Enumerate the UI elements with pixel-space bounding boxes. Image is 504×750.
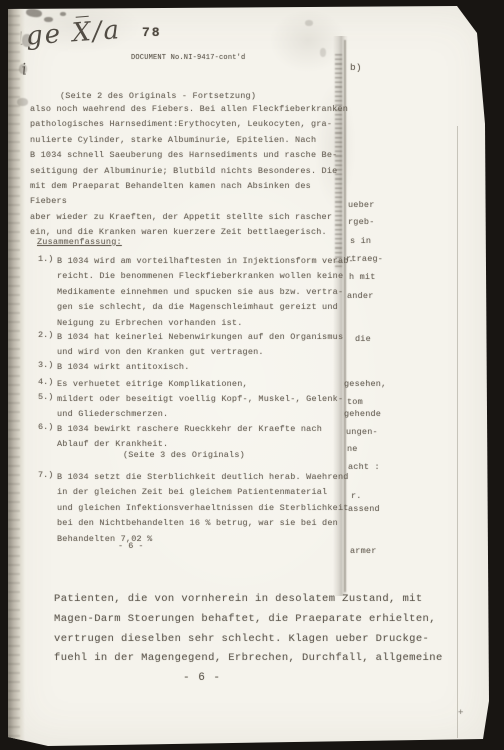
scan-speckle	[320, 48, 326, 57]
item-number: 2.)	[38, 330, 53, 340]
section-marker-seite-3: (Seite 3 des Originals)	[123, 450, 245, 460]
item-number: 5.)	[38, 392, 53, 402]
summary-item-2: 2.) B 1034 hat keinerlei Nebenwirkungen …	[38, 330, 357, 361]
item-text: mildert oder beseitigt voellig Kopf-, Mu…	[57, 392, 357, 423]
scan-speckle	[305, 20, 313, 26]
scan-speckle	[26, 8, 43, 18]
scan-speckle	[19, 64, 27, 74]
summary-item-3: 3.) B 1034 wirkt antitoxisch.	[38, 360, 357, 375]
scanned-document-photo: 78 DOCUMENT No.NI-9417-cont'd age X̅/a (…	[0, 0, 504, 750]
item-text: B 1034 wird am vorteilhaftesten in Injek…	[57, 254, 357, 331]
item-number: 1.)	[38, 254, 53, 264]
page-footer-large: - 6 -	[183, 672, 221, 684]
edge-fragment: s in	[350, 236, 371, 246]
item-number: 4.)	[38, 377, 53, 387]
item-text: B 1034 bewirkt raschere Rueckkehr der Kr…	[57, 422, 357, 453]
summary-heading: Zusammenfassung:	[37, 237, 122, 247]
summary-item-5: 5.) mildert oder beseitigt voellig Kopf-…	[38, 392, 357, 423]
item-number: 6.)	[38, 422, 53, 432]
item-text: Es verhuetet eitrige Komplikationen,	[57, 377, 357, 392]
scan-speckle	[17, 98, 28, 106]
scan-speckle	[22, 34, 32, 47]
item-number: 3.)	[38, 360, 53, 370]
edge-fragment: ueber	[348, 200, 375, 210]
item-text: B 1034 hat keinerlei Nebenwirkungen auf …	[57, 330, 357, 361]
document-number: DOCUMENT No.NI-9417-cont'd	[131, 54, 245, 62]
item-number: 7.)	[38, 470, 53, 480]
continuation-paragraph: Patienten, die von vornherein in desolat…	[54, 590, 474, 669]
section-marker-seite-2: (Seite 2 des Originals - Fortsetzung)	[60, 91, 256, 101]
edge-fragment: rgeb-	[348, 217, 375, 227]
edge-fragment: armer	[350, 546, 377, 556]
page-edge-texture	[8, 6, 20, 746]
item-text: B 1034 wirkt antitoxisch.	[57, 360, 357, 375]
summary-item-1: 1.) B 1034 wird am vorteilhaftesten in I…	[38, 254, 357, 331]
page-footer-small: - 6 -	[118, 541, 144, 551]
summary-item-4: 4.) Es verhuetet eitrige Komplikationen,	[38, 377, 357, 392]
document-page: 78 DOCUMENT No.NI-9417-cont'd age X̅/a (…	[8, 6, 491, 746]
edge-fragment: die	[355, 334, 371, 344]
item-text: B 1034 setzt die Sterblichkeit deutlich …	[57, 470, 357, 547]
summary-item-7: 7.) B 1034 setzt die Sterblichkeit deutl…	[38, 470, 357, 547]
edge-fragment: b)	[350, 62, 362, 73]
scan-speckle	[60, 12, 66, 16]
summary-item-6: 6.) B 1034 bewirkt raschere Rueckkehr de…	[38, 422, 357, 453]
scan-speckle	[44, 17, 53, 22]
corner-mark: +	[458, 708, 463, 718]
body-paragraph: also noch waehrend des Fiebers. Bei alle…	[30, 102, 350, 241]
page-number-stamp: 78	[142, 25, 162, 40]
